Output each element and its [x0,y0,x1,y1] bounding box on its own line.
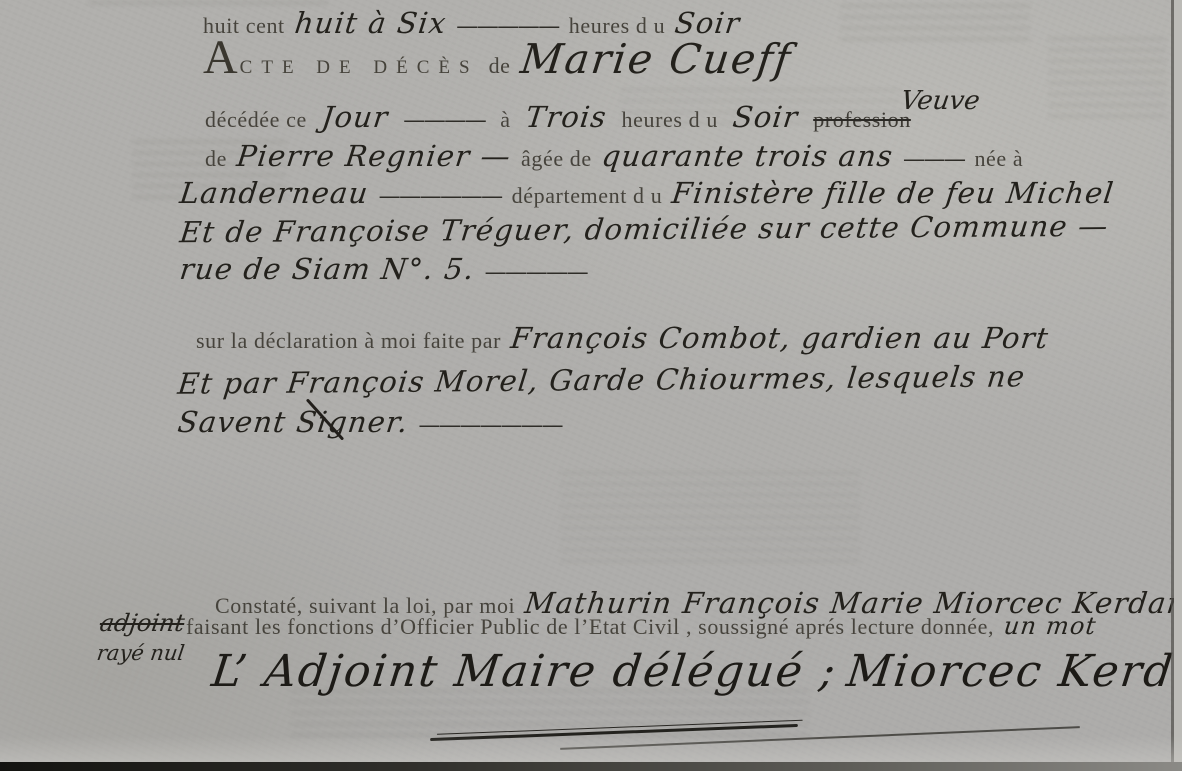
text-segment-caps: CTE DE DÉCÈS [240,57,479,79]
line-parents: Et de Françoise Tréguer, domiciliée sur … [180,209,1119,250]
text-segment-d: ——— [903,147,965,172]
text-segment-h: Jour [320,100,391,134]
line-cannot-sign: Savent Signer.——————— [178,405,572,439]
text-segment-p: de [205,146,227,172]
text-segment-h: Et par François Morel, Garde Chiourmes, … [176,359,1027,400]
margin-note-raye-nul: rayé nul [95,641,186,665]
text-segment-d: —————— [379,184,502,209]
text-segment-p: faisant les fonctions d’Officier Public … [186,614,994,640]
text-segment-h: Pierre Regnier — [235,139,513,173]
text-segment-d: ————— [485,260,588,285]
text-segment-h: rue de Siam N°. 5. [178,252,477,286]
margin-note-adjoint-struck: adjoint [98,609,186,637]
text-segment-p: à [500,107,510,133]
bleed-through-mark [560,470,860,570]
line-officier-public: faisant les fonctions d’Officier Public … [186,612,1107,640]
line-declaration: sur la déclaration à moi faite parFranço… [196,321,1059,355]
text-segment-p: sur la déclaration à moi faite par [196,328,501,354]
line-second-declarant: Et par François Morel, Garde Chiourmes, … [178,359,1036,400]
line-birthplace: Landerneau——————département d uFinistère… [180,176,1124,210]
text-segment-p: décédée ce [205,107,307,133]
line-signature: L’ Adjoint Maire délégué ;Miorcec Kerdan… [212,646,1182,697]
scan-bottom-fade [0,736,1182,762]
text-segment-p: de [489,53,511,79]
text-segment-d: ——————— [419,413,563,438]
page-edge-strip [1174,0,1182,771]
text-segment-h: Savent Signer. [176,405,411,439]
text-segment-sig: Miorcec Kerdanet fils [844,646,1182,697]
text-segment-p: âgée de [521,146,592,172]
text-segment-p: heures d u [622,107,718,133]
scan-bottom-edge [0,762,1182,771]
text-segment-ps: profession [813,107,911,133]
text-segment-h: quarante trois ans [600,139,895,173]
bleed-through-mark [840,2,1030,48]
line-act-title: ACTE DE DÉCÈSdeMarie Cueff [203,34,801,83]
bleed-through-mark [1048,30,1166,125]
text-segment-p: née à [974,146,1023,172]
text-segment-p: département d u [512,183,663,209]
text-segment-h: Soir [731,100,800,134]
line-address: rue de Siam N°. 5.————— [180,252,597,286]
text-segment-h: Finistère fille de feu Michel [670,176,1116,210]
text-segment-h: un mot [1002,612,1098,640]
text-segment-d: ———— [403,108,485,133]
text-segment-h: François Combot, gardien au Port [509,321,1051,355]
margin-note-veuve: Veuve [899,86,982,116]
text-segment-h: Landerneau [178,176,371,210]
text-segment-hb: Marie Cueff [518,35,795,83]
text-segment-sig: L’ Adjoint Maire délégué ; [209,646,840,697]
text-segment-cap: A [203,34,238,82]
text-segment-h: Et de Françoise Tréguer, domiciliée sur … [178,209,1111,250]
line-death-day: décédée ceJour————àTroisheures d uSoirpr… [205,100,926,134]
line-spouse-age: dePierre Regnier —âgée dequarante trois … [205,139,1033,173]
text-segment-h: Trois [524,100,609,134]
death-record-scan: huit centhuit à Six—————heures d uSoir A… [0,0,1182,771]
